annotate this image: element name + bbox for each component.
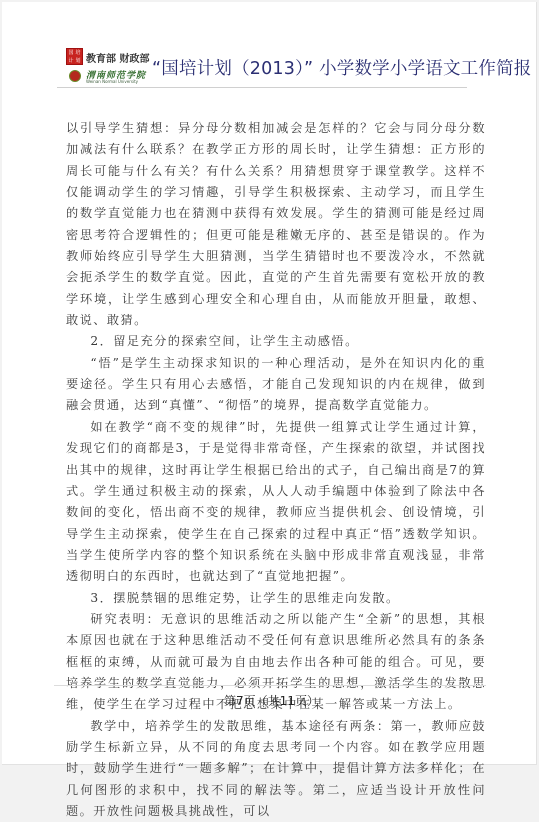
paragraph: “悟”是学生主动探求知识的一种心理活动，是外在知识内化的重要途径。学生只有用心去… [66, 353, 486, 417]
paragraph: 教学中，培养学生的发散思维，基本途径有两条：第一，教师应鼓励学生标新立异，从不同… [66, 716, 486, 768]
logo-char: 划 [75, 57, 82, 65]
bulletin-title: “国培计划（2013）” 小学数学小学语文工作简报 [152, 55, 531, 80]
document-page: 国 培 计 划 教育部 财政部 渭南师范学院 Weinan Normal Uni… [2, 2, 537, 765]
document-body: 以引导学生猜想：异分母分数相加减会是怎样的？它会与同分母分数加减法有什么联系？在… [66, 118, 486, 768]
logo-char: 计 [68, 57, 75, 65]
paragraph: 如在教学“商不变的规律”时，先提供一组算式让学生通过计算，发现它们的商都是3，于… [66, 417, 486, 588]
footer-divider [54, 685, 486, 686]
page-number: 第7页（共11页） [2, 692, 539, 709]
page-header: 国 培 计 划 教育部 财政部 渭南师范学院 Weinan Normal Uni… [66, 48, 468, 86]
guopei-logo-icon: 国 培 计 划 [66, 48, 83, 65]
section-heading: 3．摆脱禁锢的思维定势，让学生的思维走向发散。 [66, 588, 486, 609]
section-heading: 2．留足充分的探索空间，让学生主动感悟。 [66, 331, 486, 352]
university-name-en: Weinan Normal University [86, 79, 138, 84]
logo-char: 培 [75, 49, 82, 57]
university-emblem-icon [69, 70, 81, 82]
logo-char: 国 [68, 49, 75, 57]
ministry-label: 教育部 财政部 [86, 50, 149, 65]
header-divider [57, 87, 467, 88]
paragraph: 以引导学生猜想：异分母分数相加减会是怎样的？它会与同分母分数加减法有什么联系？在… [66, 118, 486, 331]
